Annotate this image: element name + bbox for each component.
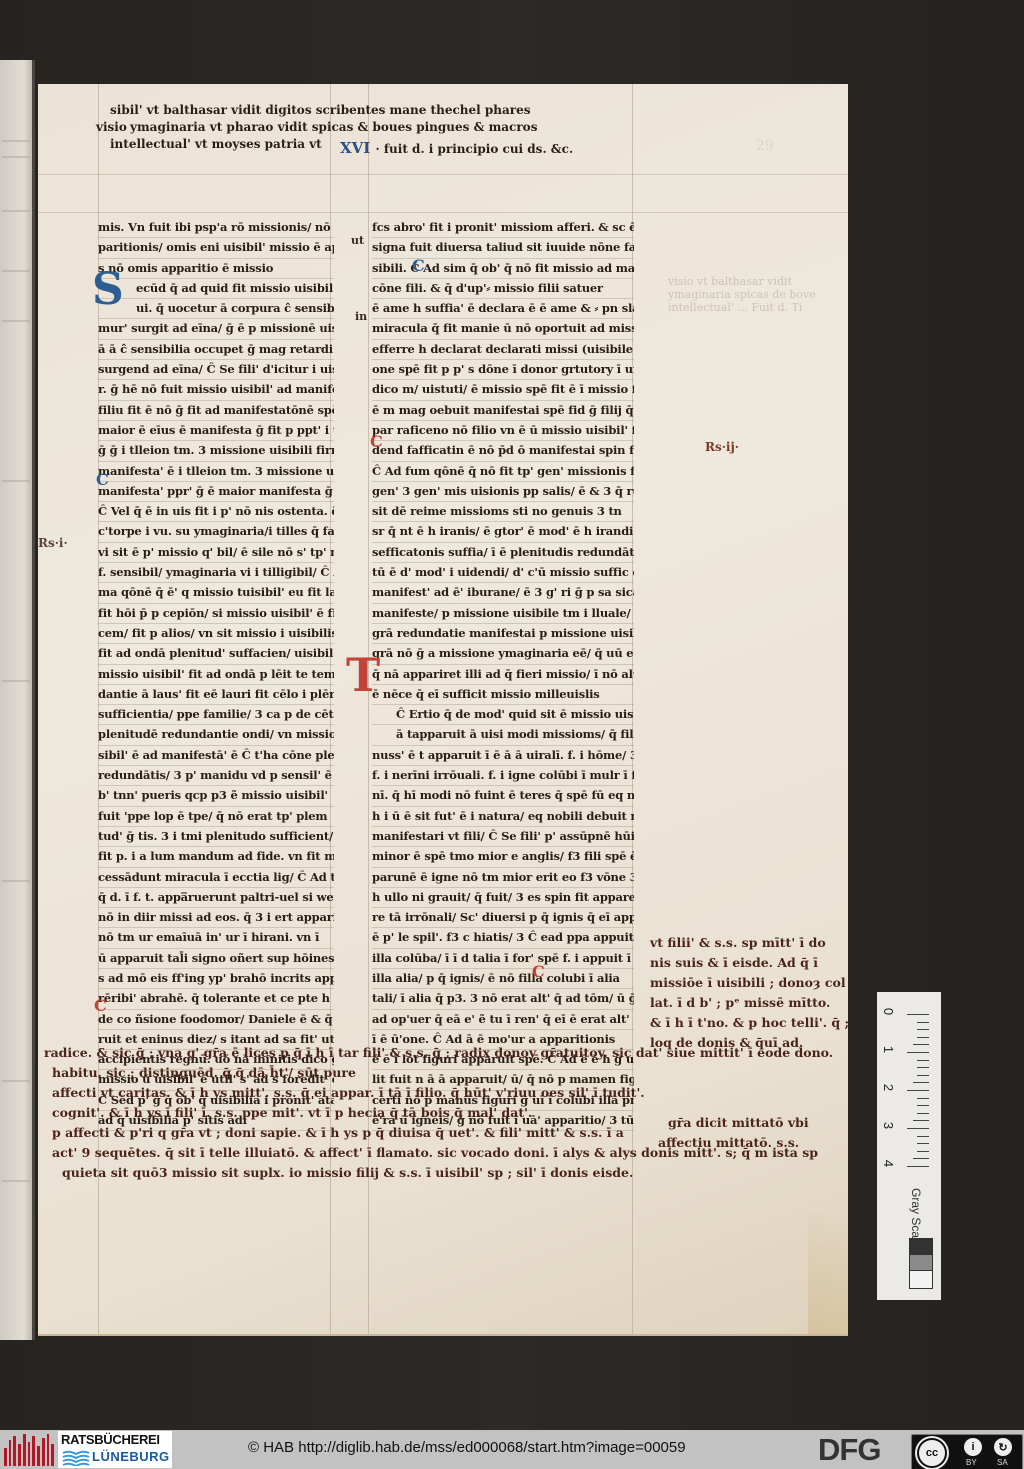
text-line: ui. q̄ uocetur ā corpura ĉ sensibilia xyxy=(98,299,334,319)
text-line: ma qōnē q̄ ē' q missio tuisibil' eu fit … xyxy=(98,583,334,603)
text-line: s ad mō eis ff'ing yp' brahō incrits app… xyxy=(98,969,334,989)
text-line: Ĉ Vel q̄ ē in uis fit i p' nō nis ostent… xyxy=(98,502,334,522)
text-line: q̄ nā appariret illi ad q̄ fieri missio/… xyxy=(372,665,634,685)
text-line: sefficatonis suffia/ ī ē plenitudis redu… xyxy=(372,543,634,563)
text-line: h ullo ni grauit/ q̄ fuit/ 3 es spin fit… xyxy=(372,888,634,908)
text-line: ad op'uer q̄ eā e' ẽ tu ī ren' q̄ eī ē e… xyxy=(372,1010,634,1030)
header-line: sibil' vt balthasar vidit digitos scribe… xyxy=(110,102,537,119)
text-line: sr q̄ nt ē h iranis/ ē gtor' ē mod' ē h … xyxy=(372,522,634,542)
text-line: parunē ē igne nō tm mior erit eo f3 vōne… xyxy=(372,868,634,888)
text-line: nī. q̄ hī modi nō fuint ē teres q̄ spē f… xyxy=(372,786,634,806)
text-line: efferre h declarat declarati missi (uisi… xyxy=(372,340,634,360)
text-line: cem/ fit p alios/ vn sit missio i uisibi… xyxy=(98,624,334,644)
text-line: ā ā ĉ sensibilia occupet ḡ mag retardi a… xyxy=(98,340,334,360)
text-line: ē p' le spil'. f3 c hiatis/ 3 Ĉ ead ppa … xyxy=(372,928,634,948)
text-line: dantie ā laus' fit eē lauri fit cēlo i p… xyxy=(98,685,334,705)
copyright-link[interactable]: © HAB http://diglib.hab.de/mss/ed000068/… xyxy=(248,1439,686,1456)
text-line: q̄ d. ī f. t. appa̅ruerunt paltri-uel si… xyxy=(98,888,334,908)
facing-page-edge xyxy=(0,60,34,1340)
cc-icon: cc xyxy=(917,1438,947,1468)
text-line: dend fafficatin ē nō p̄d ō manifestai sp… xyxy=(372,441,634,461)
ruler-tick-label: 2 xyxy=(881,1084,896,1091)
by-label: BY xyxy=(966,1458,977,1467)
commentary-line: vt filii' & s.s. sp mītt' ī do xyxy=(650,933,849,953)
commentary-line: habitu. sic ; distinguēd. q̄ q̄ dā h̄t'/… xyxy=(44,1063,833,1083)
ratsbuecherei-bars-icon xyxy=(4,1434,54,1466)
text-line: one spē fit p p' s dōne ī donor grtutory… xyxy=(372,360,634,380)
commentary-line: lat. ī d b' ; pᵉ missē mītto. xyxy=(650,993,849,1013)
text-line: par raficeno nō filio vn ē ū missio uisi… xyxy=(372,421,634,441)
book-icon xyxy=(62,1450,90,1466)
text-line: miracula q̄ fit manie ū nō oportuit ad m… xyxy=(372,319,634,339)
text-line: f. i nerīni irrōuali. f. i igne colūbi ī… xyxy=(372,766,634,786)
text-line: tū ē d' mod' i uidendi/ d' c'ū missio su… xyxy=(372,563,634,583)
text-line: ā tapparuit ā uisi modi missioms/ q̄ fil… xyxy=(372,725,634,745)
text-line: Ĉ Ertio q̄ de mod' quid sit ē missio uis… xyxy=(372,705,634,725)
ruler-tick-label: 3 xyxy=(881,1122,896,1129)
text-line: fuit 'ppe lop ē tpe/ q̄ nō erat tp' plem xyxy=(98,807,334,827)
side-commentary: vt filii' & s.s. sp mītt' ī do nis suis … xyxy=(650,933,849,1053)
margin-note-in: in xyxy=(355,310,367,323)
commentary-line: radice. & sic q̄ ; vna g' gr̄a ē lices p… xyxy=(44,1043,833,1063)
gray-scale-ruler: 0 1 2 3 4 Gray Scale xyxy=(877,992,941,1300)
text-line: vi sit ē p' missio q' bil/ ē sile nō s' … xyxy=(98,543,334,563)
text-line: sufficientia/ ppe familie/ 3 ca p de cēt… xyxy=(98,705,334,725)
text-line: redundātis/ 3 p' manidu vd p sensil' ē m… xyxy=(98,766,334,786)
paragraph-mark: C xyxy=(532,962,545,981)
text-line: mis. Vn fuit ibi psp'a rō missionis/ nō … xyxy=(98,218,334,238)
text-line: ecūd q̄ ad quid fit missio uisibil' unit… xyxy=(98,279,334,299)
sa-label: SA xyxy=(997,1458,1008,1467)
text-line: ḡ ḡ i tlleion tm. 3 missione uisibili fi… xyxy=(98,441,334,461)
paragraph-mark: C xyxy=(370,432,383,451)
column-left: mis. Vn fuit ibi psp'a rō missionis/ nō … xyxy=(98,218,334,1131)
text-line: ū apparuit tal̄i signo oñert sup hōines/ xyxy=(98,949,334,969)
chapter-numeral: XVI xyxy=(340,139,370,157)
text-line: manifesta' ē i tlleion tm. 3 missione ui… xyxy=(98,462,334,482)
gray-swatch-light xyxy=(909,1270,933,1289)
text-line: filiu fit ē nō ḡ fit ad manifestatōnē sp… xyxy=(98,401,334,421)
chapter-heading: XVI · fuit d. i principio cui ds. &c. xyxy=(340,139,573,157)
text-line: missio uisibil' fit ad ondā p lēit te te… xyxy=(98,665,334,685)
share-alike-icon: ↻ xyxy=(994,1438,1012,1456)
text-line: cōne fili. & q̄ d'up'⸗ missio filii satu… xyxy=(372,279,634,299)
paragraph-mark: C xyxy=(94,996,107,1015)
text-line: fit hōi p̄ p cepiōn/ si missio uisibil' … xyxy=(98,604,334,624)
faded-line: ymaginaria spicas de bove xyxy=(668,288,816,301)
ruler-tick-label: 4 xyxy=(881,1160,896,1167)
text-line: de co ñsione foodomor/ Daniele ē & q̄ ap… xyxy=(98,1010,334,1030)
text-line: fit p. i a lum mandum ad fide. vn fit ma xyxy=(98,847,334,867)
decorated-initial-s: S xyxy=(92,268,124,312)
text-line: b' tnn' pueris qcp p3 ẽ missio uisibil' xyxy=(98,786,334,806)
commentary-line: quieta sit quō3 missio sit suplx. io mis… xyxy=(44,1163,833,1183)
paragraph-mark: C xyxy=(96,470,109,489)
text-line: ē ame h suffia' ē declara ē ē ame & ⸗ pn… xyxy=(372,299,634,319)
ruler-tick-label: 1 xyxy=(881,1046,896,1053)
text-line: nuss' ē t apparuit ī ē ā ā uiralī. f. i … xyxy=(372,746,634,766)
text-line: c'torpe i vu. su ymaginaria/i tilles q̄ … xyxy=(98,522,334,542)
text-line: r. ḡ hē nō fuit missio uisibil' ad manif… xyxy=(98,380,334,400)
text-line: maior ē eīus ē manifesta ḡ fit p ppt' i … xyxy=(98,421,334,441)
text-line: re tā irrōnali/ Sc' diuersi p q̄ ignis q… xyxy=(372,908,634,928)
by-attribution-icon: i xyxy=(964,1438,982,1456)
commentary-line: affectiu mittatō. s.s. xyxy=(658,1133,809,1153)
decorated-initial-t: T xyxy=(346,652,380,698)
text-line: sit dē reime missioms sti no genuis 3 tn xyxy=(372,502,634,522)
ratsbuecherei-logo[interactable]: RATSBÜCHEREI LÜNEBURG xyxy=(58,1431,172,1468)
dfg-logo[interactable]: DFG xyxy=(818,1432,880,1468)
text-line: nō tm ur emaīuā in' ur ī hirani. vn ī xyxy=(98,928,334,948)
text-line: rēribi' abrahē. q̄ tolerante et ce pte h… xyxy=(98,989,334,1009)
faded-line: intellectual' ... Fuit d. Ti xyxy=(668,301,816,314)
text-line: nō in diir missi ad eos. q̄ 3 i ert appa… xyxy=(98,908,334,928)
text-line: grā redundatie manifestai p missione uis… xyxy=(372,624,634,644)
text-line: paritionis/ omis eni uisibil' missio ē a… xyxy=(98,238,334,258)
text-line: gen' 3 gen' mis uisionis pp salis/ ē & 3… xyxy=(372,482,634,502)
text-line: tali/ ī alia q̄ p3. 3 nō erat alt' q̄ ad… xyxy=(372,989,634,1009)
margin-note-ut: ut xyxy=(351,234,364,247)
text-line: ē m mag oebuit manifestai spē fid ḡ fili… xyxy=(372,401,634,421)
text-line: grā nō ḡ a missione ymaginaria eē/ q̄ uū… xyxy=(372,644,634,664)
text-line: fit ad ondā plenitud' suffacien/ uisibil… xyxy=(98,644,334,664)
text-line: manifestari vt fili/ Ĉ Se fili' p' assūp… xyxy=(372,827,634,847)
faded-marginal-note: visio vt balthasar vidit ymaginaria spic… xyxy=(668,275,816,314)
gutter xyxy=(32,60,35,1340)
footer-bar: RATSBÜCHEREI LÜNEBURG © HAB http://digli… xyxy=(0,1430,1024,1469)
chapter-trail: · fuit d. i principio cui ds. &c. xyxy=(376,142,574,156)
margin-ref-right: Rs·ij· xyxy=(705,440,739,454)
text-line: surgend ad eīna/ Ĉ Se fili' d'icitur i u… xyxy=(98,360,334,380)
text-line: cessādunt miracula ī ecctia lig/ Ĉ Ad ta… xyxy=(98,868,334,888)
header-line: ymaginaria vt pharao vidit spicas & boue… xyxy=(110,119,537,136)
text-line: manifeste/ p missione uisibile tm i llua… xyxy=(372,604,634,624)
text-line: ē nēce q̄ eī sufficit missio milleuislis xyxy=(372,685,634,705)
logo-title: RATSBÜCHEREI xyxy=(61,1432,160,1447)
text-line: illa colūba/ ī ī d talia ī for' spē f. i… xyxy=(372,949,634,969)
text-line: mur' surgit ad eīna/ ḡ ē p missionē uisi… xyxy=(98,319,334,339)
commentary-line: gr̄a dicit mittatō vbi xyxy=(658,1113,809,1133)
ruler-tick-label: 0 xyxy=(881,1008,896,1015)
cc-by-sa-badge[interactable]: cc i ↻ BY SA xyxy=(911,1434,1023,1469)
text-line: minor ē spē tmo mior e anglis/ f3 fili s… xyxy=(372,847,634,867)
text-line: illa alia/ p q̄ ignis/ ē nō filla colubi… xyxy=(372,969,634,989)
text-line: fcs abro' fit i pronit' missiom afferi. … xyxy=(372,218,634,238)
text-line: Ĉ Ad fum qōnē q̄ nō fit tp' gen' mission… xyxy=(372,462,634,482)
text-line: f. sensibil/ ymaginaria vi i tilligibil/… xyxy=(98,563,334,583)
logo-city: LÜNEBURG xyxy=(92,1449,170,1464)
faded-line: visio vt balthasar vidit xyxy=(668,275,816,288)
commentary-line: missiōe ī uisibili ; donoȝ col xyxy=(650,973,849,993)
margin-ref-left: Rs·i· xyxy=(38,536,68,550)
text-line: manifesta' ppr' ḡ ē maior manifesta ḡ e … xyxy=(98,482,334,502)
folio-number: 29 xyxy=(756,138,774,154)
text-line: tud' ḡ tis. 3 i tmi plenitudo sufficient… xyxy=(98,827,334,847)
commentary-line: & ī h ī t'no. & p hoc telli'. q̄ ; xyxy=(650,1013,849,1033)
commentary-line: nis suis & ī eisde. Ad q̄ ī xyxy=(650,953,849,973)
commentary-line: affecti vt caritas. & ī h ys mitt'. s.s.… xyxy=(44,1083,833,1103)
text-line: manifest' ad ē' iburane/ ē 3 g' ri ḡ p s… xyxy=(372,583,634,603)
right-bottom-commentary: gr̄a dicit mittatō vbi affectiu mittatō.… xyxy=(658,1113,809,1153)
column-right: fcs abro' fit i pronit' missiom afferi. … xyxy=(372,218,634,1131)
text-line: s nō omis apparitio ē missio xyxy=(98,259,334,279)
text-line: plenitudē redundantie ondi/ vn missio in xyxy=(98,725,334,745)
text-line: h i ū ē sit fut' ē i natura/ eq nobili d… xyxy=(372,807,634,827)
text-line: sibil' ē ad manifestā' ē Ĉ t'ha cōne ple… xyxy=(98,746,334,766)
text-line: dico m/ uistuti/ ē missio spē fit ē ī mi… xyxy=(372,380,634,400)
paragraph-mark: C xyxy=(412,256,425,275)
